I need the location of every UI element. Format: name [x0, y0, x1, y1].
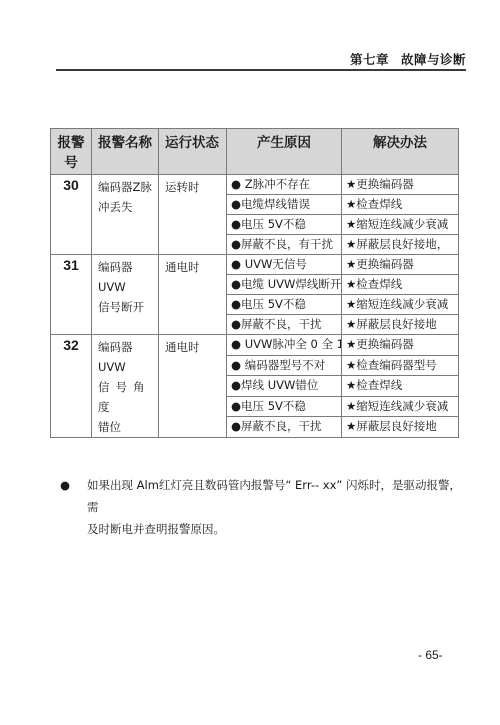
chapter-label: 第七章	[350, 52, 389, 67]
cause-cell: ●电压 5V不稳	[227, 396, 342, 417]
note-paragraph: ● 如果出现 Alm红灯亮且数码管内报警号“ Err-- xx” 闪烁时，是驱动…	[64, 474, 464, 540]
cause-cell: ●焊线 UVW错位	[227, 376, 342, 397]
alarm-number: 30	[51, 175, 92, 255]
cause-cell: ●屏蔽不良，有干扰	[227, 235, 342, 255]
column-header-alarm-name: 报警名称	[92, 129, 159, 175]
cause-cell: ●电压 5V不稳	[227, 295, 342, 315]
solution-cell: ★屏蔽层良好接地，	[342, 235, 459, 255]
cause-cell: ●电缆焊线错误	[227, 195, 342, 215]
solution-cell: ★缩短连线减少衰减	[342, 215, 459, 235]
cause-cell: ● UVW无信号	[227, 255, 342, 275]
solution-cell: ★更换编码器	[342, 175, 459, 195]
column-header-solution: 解决办法	[342, 129, 459, 175]
cause-cell: ●电压 5V不稳	[227, 215, 342, 235]
cause-cell: ● 编码器型号不对	[227, 355, 342, 376]
note-line-1: 如果出现 Alm红灯亮且数码管内报警号“ Err-- xx” 闪烁时，是驱动报警…	[87, 474, 464, 518]
alarm-name: 编码器 UVW信号断开	[92, 255, 159, 335]
solution-cell: ★缩短连线减少衰减	[342, 295, 459, 315]
solution-cell: ★屏蔽层良好接地	[342, 315, 459, 335]
run-state: 通电时	[159, 335, 227, 438]
cause-cell: ●屏蔽不良，干扰	[227, 315, 342, 335]
column-header-run-state: 运行状态	[159, 129, 227, 175]
note-line-2: 及时断电并查明报警原因。	[87, 518, 464, 540]
alarm-name: 编码器 UVW信号角度错位	[92, 335, 159, 438]
alarm-number: 32	[51, 335, 92, 438]
solution-cell: ★更换编码器	[342, 335, 459, 356]
cause-cell: ● Z脉冲不存在	[227, 175, 342, 195]
table-row: 30 编码器Z脉冲丢失 运转时 ● Z脉冲不存在 ★更换编码器	[51, 175, 459, 195]
table-row: 32 编码器 UVW信号角度错位 通电时 ● UVW脉冲全 0 全 1 ★更换编…	[51, 335, 459, 356]
solution-cell: ★检查焊线	[342, 376, 459, 397]
alarm-table: 报警号 报警名称 运行状态 产生原因 解决办法 30 编码器Z脉冲丢失 运转时 …	[50, 128, 459, 438]
solution-cell: ★检查编码器型号	[342, 355, 459, 376]
solution-cell: ★检查焊线	[342, 195, 459, 215]
cause-cell: ●电缆 UVW焊线断开	[227, 275, 342, 295]
run-state: 通电时	[159, 255, 227, 335]
table-header-row: 报警号 报警名称 运行状态 产生原因 解决办法	[51, 129, 459, 175]
run-state: 运转时	[159, 175, 227, 255]
chapter-title: 故障与诊断	[401, 52, 466, 67]
cause-cell: ●屏蔽不良，干扰	[227, 417, 342, 438]
solution-cell: ★检查焊线	[342, 275, 459, 295]
column-header-alarm-no: 报警号	[51, 129, 92, 175]
bullet-icon: ●	[60, 474, 70, 496]
solution-cell: ★更换编码器	[342, 255, 459, 275]
cause-cell: ● UVW脉冲全 0 全 1	[227, 335, 342, 356]
page-number: - 65-	[418, 648, 443, 662]
solution-cell: ★缩短连线减少衰减	[342, 396, 459, 417]
column-header-cause: 产生原因	[227, 129, 342, 175]
solution-cell: ★屏蔽层良好接地	[342, 417, 459, 438]
alarm-name: 编码器Z脉冲丢失	[92, 175, 159, 255]
header-rule	[56, 69, 466, 71]
alarm-number: 31	[51, 255, 92, 335]
chapter-header: 第七章故障与诊断	[0, 50, 466, 68]
table-row: 31 编码器 UVW信号断开 通电时 ● UVW无信号 ★更换编码器	[51, 255, 459, 275]
